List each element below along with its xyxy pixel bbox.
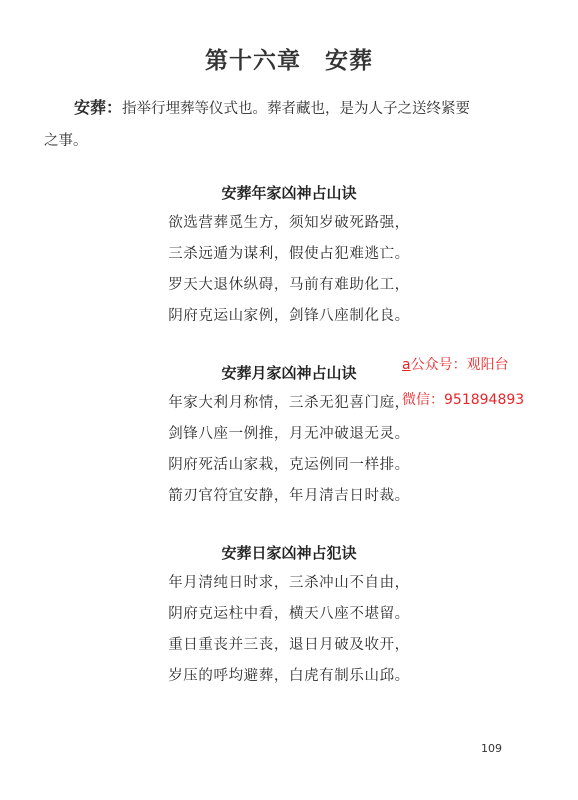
intro-paragraph: 安葬：指举行埋葬等仪式也。葬者藏也，是为人子之送终紧要 之事。 — [44, 92, 534, 157]
poem-line: 重日重丧并三丧，退日月破及收开， — [0, 630, 578, 661]
watermark-prefix: a — [402, 357, 411, 373]
poem-line: 罗天大退休纵碍，马前有难助化工， — [0, 270, 578, 301]
poem-line: 阴府克运山家例，剑锋八座制化良。 — [0, 301, 578, 332]
poem-day: 安葬日家凶神占犯诀 年月清纯日时求，三杀冲山不自由， 阴府克运柱中看，横天八座不… — [0, 538, 578, 692]
chapter-number: 第十六章 — [205, 47, 301, 74]
chapter-subject: 安葬 — [325, 47, 373, 74]
watermark-account-text: 公众号：观阳台 — [411, 357, 509, 373]
poem-line: 欲选营葬觅生方，须知岁破死路强， — [0, 208, 578, 239]
chapter-title: 第十六章安葬 — [0, 42, 578, 75]
intro-line-2: 之事。 — [44, 125, 534, 157]
poem-line: 箭刃官符宜安静，年月清吉日时裁。 — [0, 481, 578, 512]
intro-line-1: 指举行埋葬等仪式也。葬者藏也，是为人子之送终紧要 — [122, 101, 470, 117]
watermark-wechat: 微信：951894893 — [402, 389, 524, 409]
poem-line: 三杀远遁为谋利，假使占犯难逃亡。 — [0, 239, 578, 270]
poem-month: 安葬月家凶神占山诀 年家大利月称情，三杀无犯喜门庭， 剑锋八座一例推，月无冲破退… — [0, 358, 578, 512]
intro-term: 安葬： — [74, 98, 122, 117]
poem-line: 阴府死活山家栽，克运例同一样排。 — [0, 450, 578, 481]
poem-title: 安葬年家凶神占山诀 — [0, 178, 578, 208]
poem-line: 阴府克运柱中看，横天八座不堪留。 — [0, 599, 578, 630]
poem-line: 剑锋八座一例推，月无冲破退无灵。 — [0, 419, 578, 450]
page-number: 109 — [481, 742, 502, 755]
watermark-wechat-text: 微信：951894893 — [402, 392, 524, 408]
poem-title: 安葬日家凶神占犯诀 — [0, 538, 578, 568]
watermark-account: a公众号：观阳台 — [402, 354, 509, 374]
poem-line: 岁压的呼均避葬，白虎有制乐山邱。 — [0, 661, 578, 692]
poem-line: 年月清纯日时求，三杀冲山不自由， — [0, 568, 578, 599]
poem-year: 安葬年家凶神占山诀 欲选营葬觅生方，须知岁破死路强， 三杀远遁为谋利，假使占犯难… — [0, 178, 578, 332]
